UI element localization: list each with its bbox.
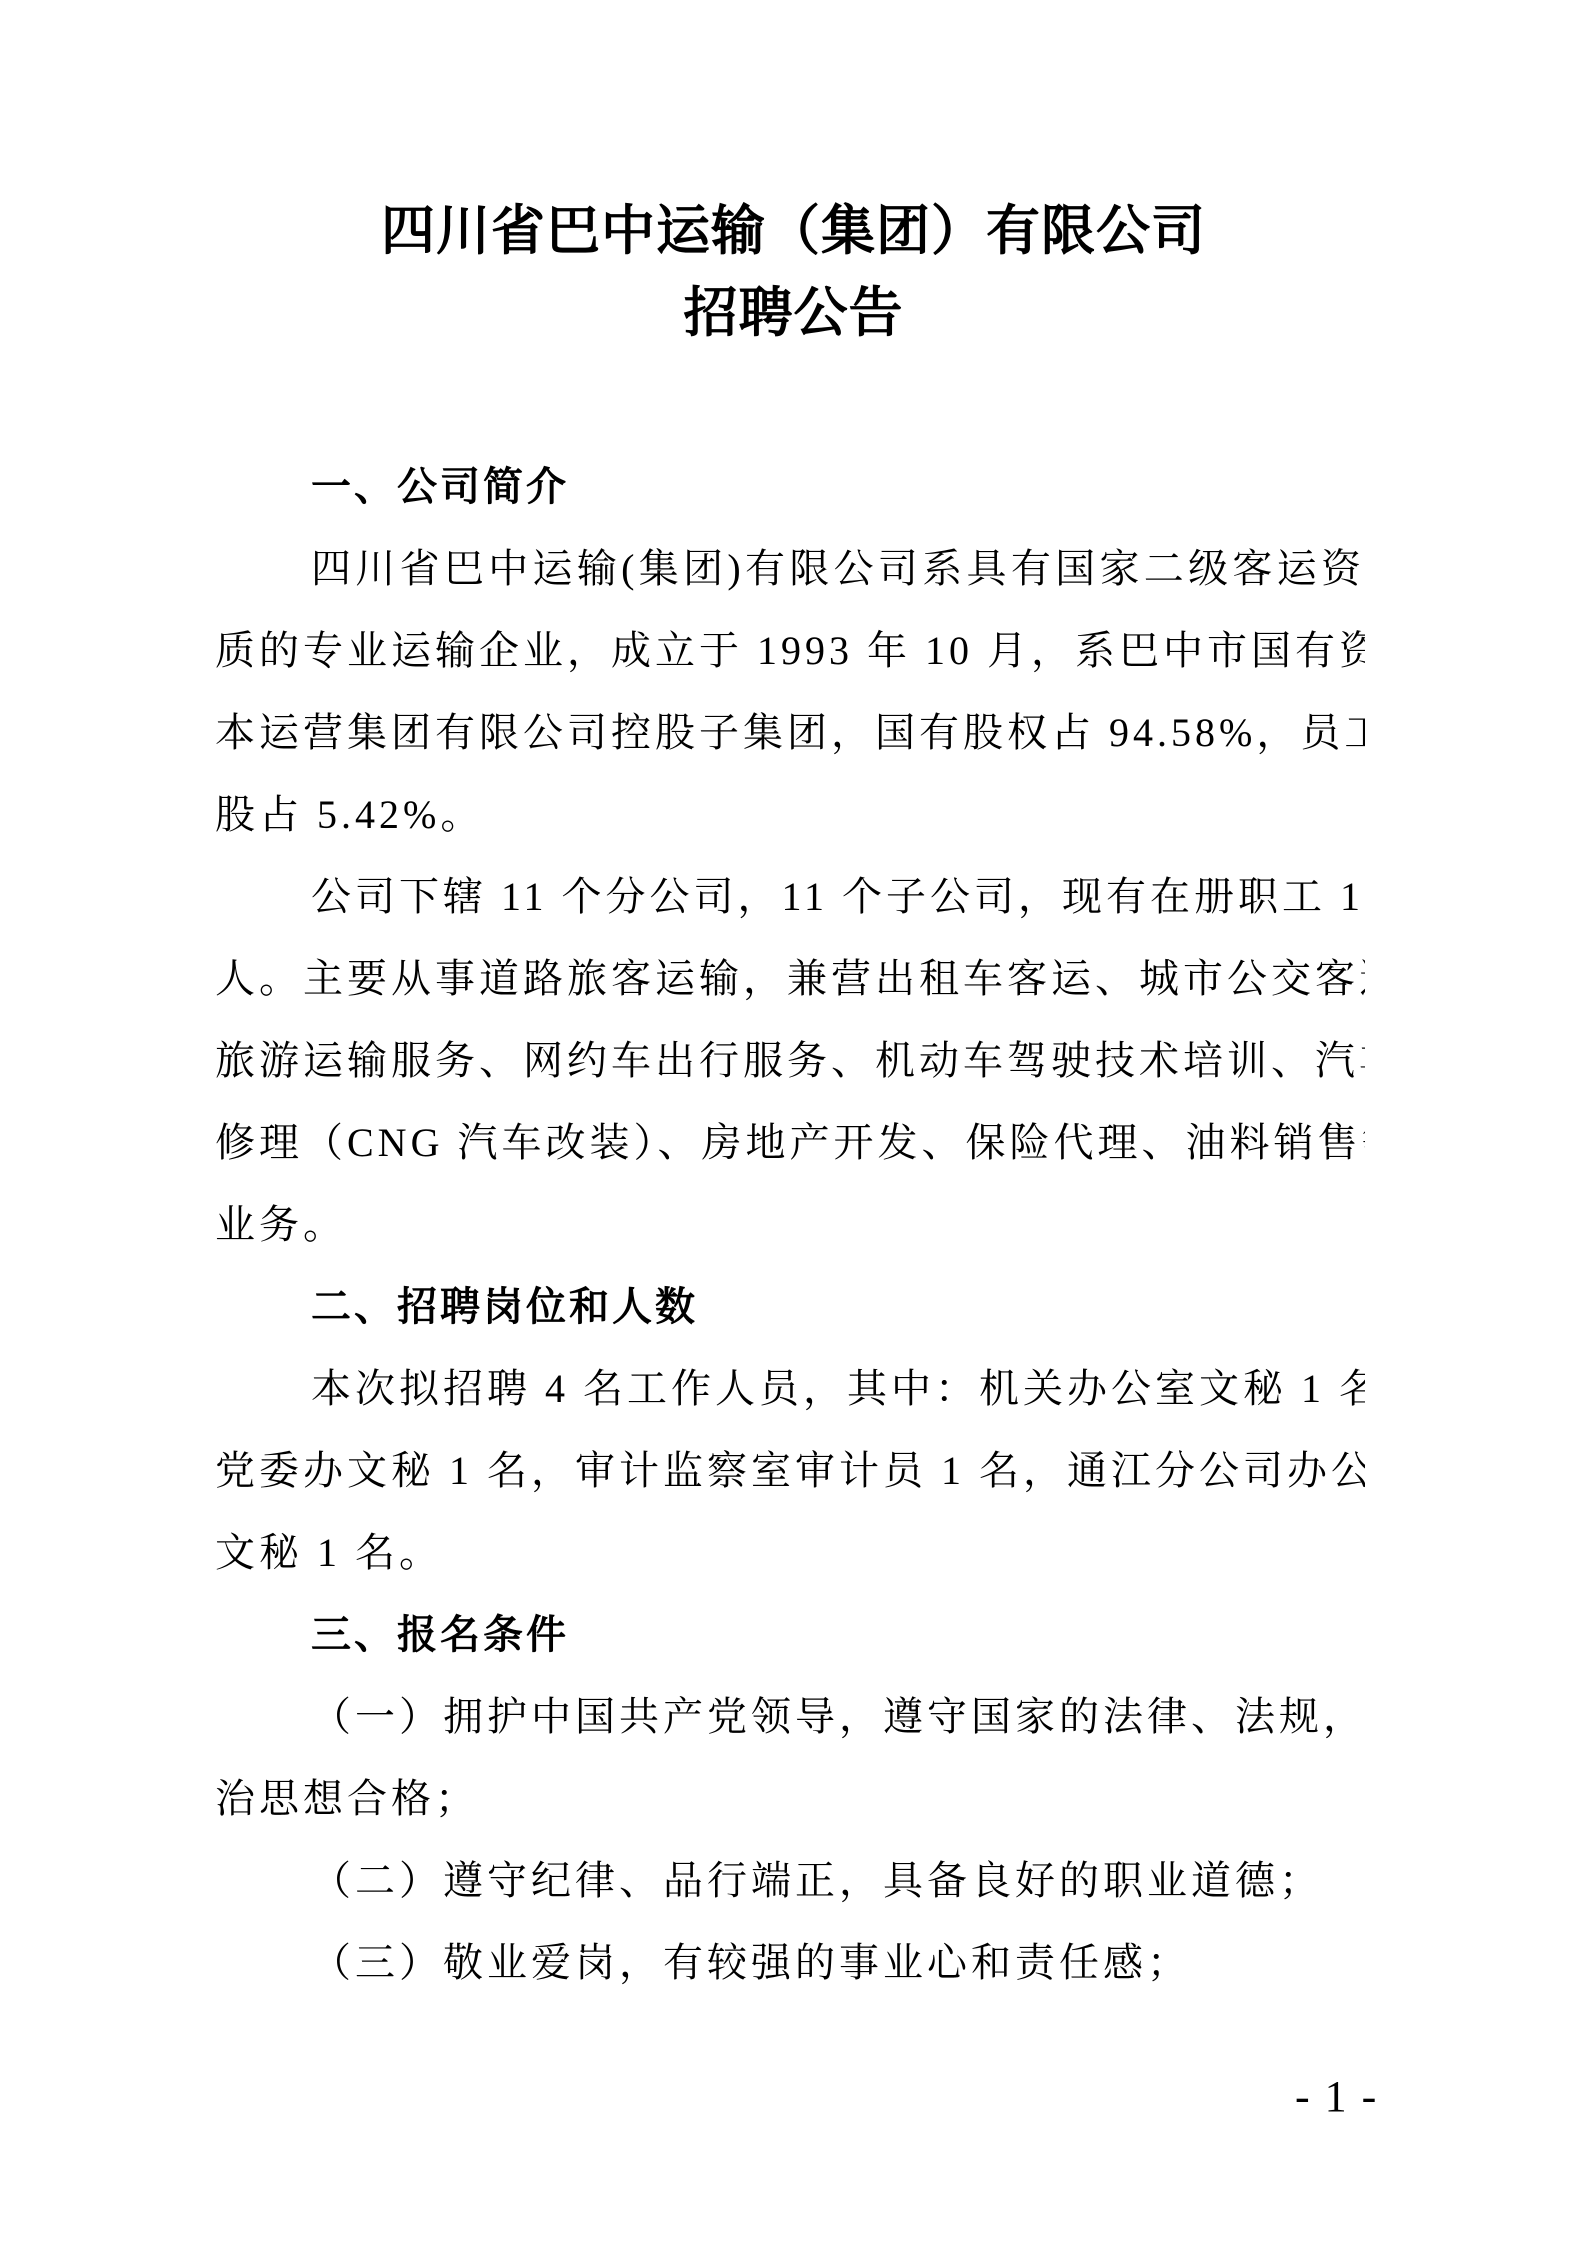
paragraph-line: 修理（CNG 汽车改装）、房地产开发、保险代理、油料销售等 <box>215 1102 1365 1184</box>
paragraph: 四川省巴中运输(集团)有限公司系具有国家二级客运资 质的专业运输企业，成立于 1… <box>215 528 1365 856</box>
paragraph-line: 文秘 1 名。 <box>215 1512 1365 1594</box>
paragraph-line: （三）敬业爱岗，有较强的事业心和责任感； <box>215 1922 1365 2004</box>
paragraph-line: 质的专业运输企业，成立于 1993 年 10 月，系巴中市国有资 <box>215 610 1365 692</box>
paragraph: （一）拥护中国共产党领导，遵守国家的法律、法规，政 治思想合格； <box>215 1676 1365 1840</box>
document-subtitle: 招聘公告 <box>0 272 1587 354</box>
paragraph: （三）敬业爱岗，有较强的事业心和责任感； <box>215 1922 1365 2004</box>
paragraph-line: 旅游运输服务、网约车出行服务、机动车驾驶技术培训、汽车 <box>215 1020 1365 1102</box>
paragraph: 本次拟招聘 4 名工作人员，其中：机关办公室文秘 1 名， 党委办文秘 1 名，… <box>215 1348 1365 1594</box>
paragraph: 公司下辖 11 个分公司，11 个子公司，现有在册职工 1075 人。主要从事道… <box>215 856 1365 1266</box>
section-heading: 二、招聘岗位和人数 <box>215 1266 1365 1348</box>
section-heading: 一、公司简介 <box>215 446 1365 528</box>
document-title-block: 四川省巴中运输（集团）有限公司 招聘公告 <box>0 190 1587 354</box>
paragraph: （二）遵守纪律、品行端正，具备良好的职业道德； <box>215 1840 1365 1922</box>
paragraph-line: 四川省巴中运输(集团)有限公司系具有国家二级客运资 <box>215 528 1365 610</box>
page-number: - 1 - <box>1295 2072 1378 2122</box>
paragraph-line: 公司下辖 11 个分公司，11 个子公司，现有在册职工 1075 <box>215 856 1365 938</box>
paragraph-line: 本次拟招聘 4 名工作人员，其中：机关办公室文秘 1 名， <box>215 1348 1365 1430</box>
paragraph-line: 业务。 <box>215 1184 1365 1266</box>
document-page: 四川省巴中运输（集团）有限公司 招聘公告 一、公司简介 四川省巴中运输(集团)有… <box>0 0 1587 2245</box>
paragraph-line: 股占 5.42%。 <box>215 774 1365 856</box>
document-title: 四川省巴中运输（集团）有限公司 <box>0 190 1587 272</box>
section-heading: 三、报名条件 <box>215 1594 1365 1676</box>
paragraph-line: （二）遵守纪律、品行端正，具备良好的职业道德； <box>215 1840 1365 1922</box>
paragraph-line: 人。主要从事道路旅客运输，兼营出租车客运、城市公交客运、 <box>215 938 1365 1020</box>
section-positions: 二、招聘岗位和人数 本次拟招聘 4 名工作人员，其中：机关办公室文秘 1 名， … <box>215 1266 1365 1594</box>
section-requirements: 三、报名条件 （一）拥护中国共产党领导，遵守国家的法律、法规，政 治思想合格； … <box>215 1594 1365 2004</box>
section-company-intro: 一、公司简介 四川省巴中运输(集团)有限公司系具有国家二级客运资 质的专业运输企… <box>215 446 1365 1266</box>
document-body: 一、公司简介 四川省巴中运输(集团)有限公司系具有国家二级客运资 质的专业运输企… <box>215 446 1365 2004</box>
paragraph-line: 本运营集团有限公司控股子集团，国有股权占 94.58%，员工 <box>215 692 1365 774</box>
paragraph-line: 治思想合格； <box>215 1758 1365 1840</box>
paragraph-line: 党委办文秘 1 名，审计监察室审计员 1 名，通江分公司办公室 <box>215 1430 1365 1512</box>
paragraph-line: （一）拥护中国共产党领导，遵守国家的法律、法规，政 <box>215 1676 1365 1758</box>
